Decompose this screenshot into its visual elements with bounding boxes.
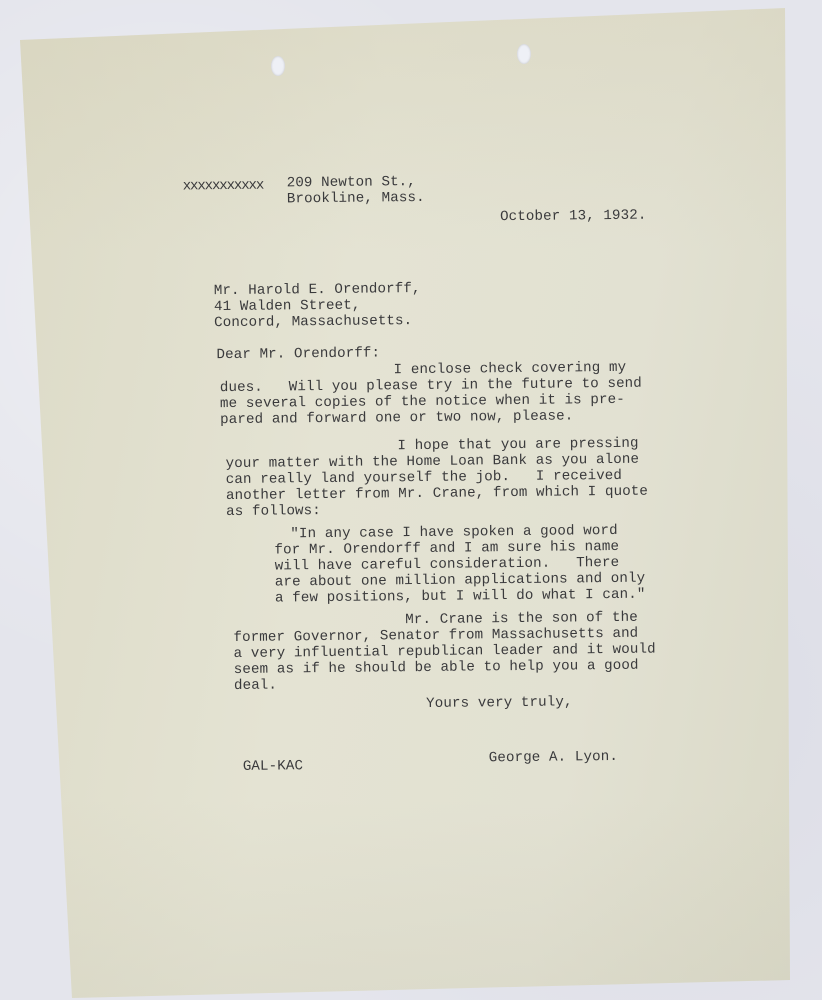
letter-date: October 13, 1932. (500, 208, 647, 226)
recipient-name: Mr. Harold E. Orendorff, (214, 281, 421, 299)
struck-out-text: xxxxxxxxxxx (183, 178, 264, 195)
quoted-passage: "In any case I have spoken a good word f… (0, 0, 817, 4)
paragraph-1: I enclose check covering my dues. Will y… (0, 0, 817, 4)
letter-body: xxxxxxxxxxx 209 Newton St., Brookline, M… (0, 0, 822, 1000)
recipient-city: Concord, Massachusetts. (214, 313, 412, 331)
reference-initials: GAL-KAC (243, 758, 303, 775)
paragraph-3: Mr. Crane is the son of the former Gover… (0, 0, 817, 4)
return-address-street: 209 Newton St., (287, 174, 416, 191)
paragraph-line: pared and forward one or two now, please… (220, 408, 573, 428)
closing: Yours very truly, (426, 694, 573, 712)
quote-line: a few positions, but I will do what I ca… (275, 587, 646, 607)
paragraph-line: seem as if he should be able to help you… (234, 658, 639, 678)
paragraph-line: another letter from Mr. Crane, from whic… (226, 484, 648, 504)
paragraph-line: as follows: (226, 503, 321, 520)
recipient-street: 41 Walden Street, (214, 298, 361, 316)
signature-name: George A. Lyon. (489, 749, 618, 766)
paragraph-line: deal. (234, 678, 277, 694)
paragraph-2: I hope that you are pressing your matter… (0, 0, 817, 4)
salutation: Dear Mr. Orendorff: (216, 345, 380, 363)
return-address-city: Brookline, Mass. (287, 190, 425, 207)
